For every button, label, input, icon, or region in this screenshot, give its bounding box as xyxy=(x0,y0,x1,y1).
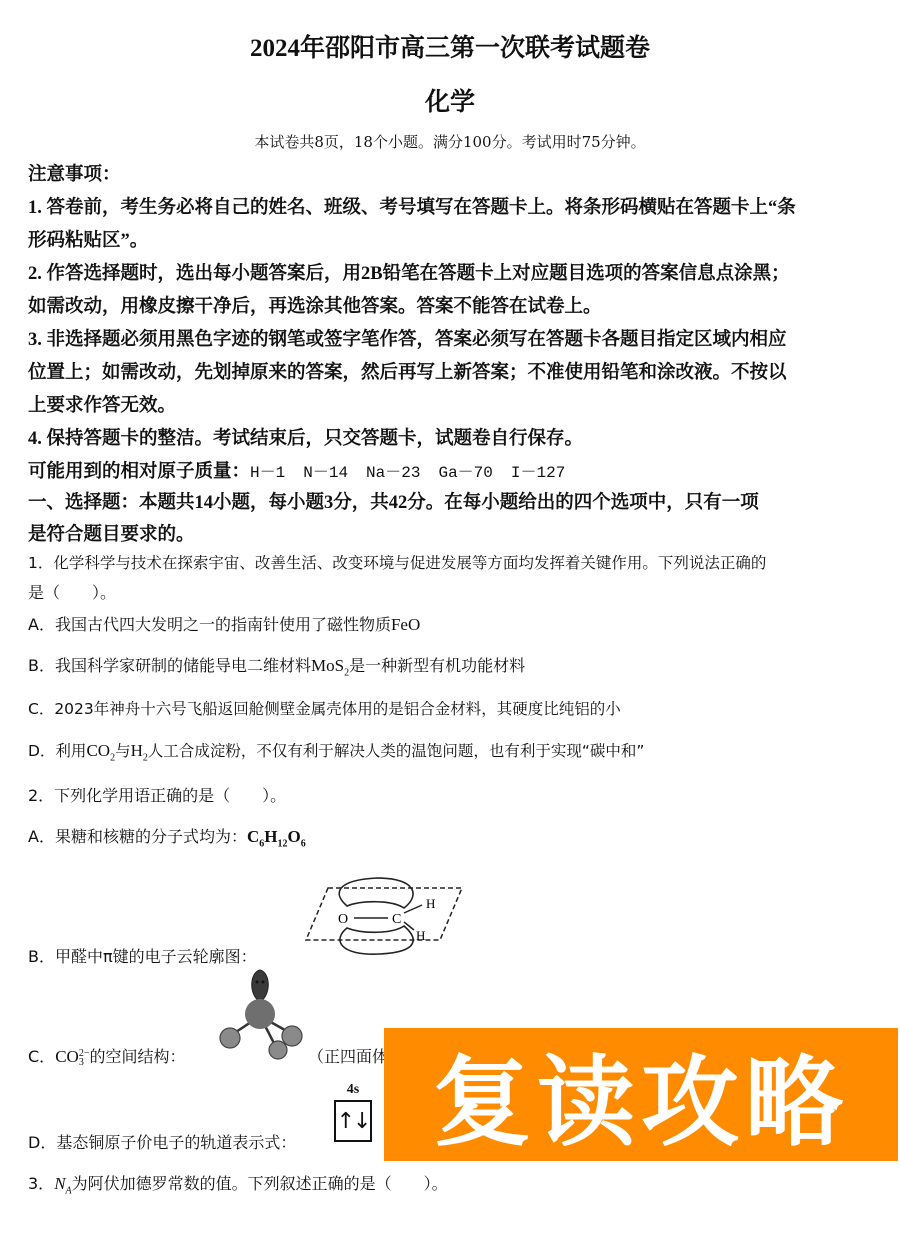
orbital-label: 4s xyxy=(334,1082,372,1098)
atomic-mass-item: I－127 xyxy=(511,464,565,482)
carbonate-structure-model xyxy=(210,966,310,1061)
q2-option-b: B．甲醛中π键的电子云轮廓图： xyxy=(28,944,257,967)
q1-stem-cont: 是（ ）。 xyxy=(28,580,116,603)
atomic-mass-item: Ga－70 xyxy=(438,464,492,482)
atomic-mass-item: Na－23 xyxy=(366,464,420,482)
orbital-box: ↑↓ xyxy=(334,1100,372,1142)
q3-stem: 3．NA为阿伏加德罗常数的值。下列叙述正确的是（ ）。 xyxy=(28,1171,448,1194)
watermark-text: 复读攻略 xyxy=(433,1024,849,1165)
orbital-diagram: 4s ↑↓ xyxy=(334,1082,372,1142)
q1-option-c: C．2023年神舟十六号飞船返回舱侧壁金属壳体用的是铝合金材料，其硬度比纯铝的小 xyxy=(28,697,621,719)
q1-option-a: A．我国古代四大发明之一的指南针使用了磁性物质FeO xyxy=(28,612,420,635)
q2-option-c-note: （正四面体 xyxy=(308,1044,388,1067)
notice-line: 4. 保持答题卡的整洁。考试结束后，只交答题卡，试题卷自行保存。 xyxy=(28,424,583,450)
q2-stem: 2．下列化学用语正确的是（ ）。 xyxy=(28,783,286,806)
notice-line: 上要求作答无效。 xyxy=(28,391,176,417)
notice-line: 2. 作答选择题时，选出每小题答案后，用2B铅笔在答题卡上对应题目选项的答案信息… xyxy=(28,259,790,285)
notice-line: 如需改动，用橡皮擦干净后，再选涂其他答案。答案不能答在试卷上。 xyxy=(28,292,602,318)
exam-meta: 本试卷共8页，18个小题。满分100分。考试用时75分钟。 xyxy=(0,131,900,152)
q2-option-a: A．果糖和核糖的分子式均为：C6H12O6 xyxy=(28,824,306,847)
atomic-mass-item: H－1 xyxy=(250,464,285,482)
notice-line: 形码粘贴区”。 xyxy=(28,226,148,252)
formaldehyde-pi-bond-diagram: O C H H xyxy=(292,868,472,958)
section-heading-cont: 是符合题目要求的。 xyxy=(28,520,195,546)
svg-text:H: H xyxy=(426,896,435,911)
svg-text:H: H xyxy=(416,928,425,943)
q1-option-b: B．我国科学家研制的储能导电二维材料MoS2是一种新型有机功能材料 xyxy=(28,653,525,676)
svg-text:O: O xyxy=(338,912,348,927)
watermark-banner: 复读攻略 xyxy=(384,1028,898,1161)
exam-title: 2024年邵阳市高三第一次联考试题卷 xyxy=(0,28,900,64)
atomic-mass-line: 可能用到的相对原子质量：H－1N－14Na－23Ga－70I－127 xyxy=(28,457,583,483)
notice-line: 3. 非选择题必须用黑色字迹的钢笔或签字笔作答，答案必须写在答题卡各题目指定区域… xyxy=(28,325,787,351)
q2-option-d: D．基态铜原子价电子的轨道表示式： xyxy=(28,1130,296,1153)
q1-stem: 1．化学科学与技术在探索宇宙、改善生活、改变环境与促进发展等方面均发挥着关键作用… xyxy=(28,551,766,573)
subject-title: 化学 xyxy=(0,82,900,118)
section-heading: 一、选择题：本题共14小题，每小题3分，共42分。在每小题给出的四个选项中，只有… xyxy=(28,488,759,514)
q2-option-c: C．CO2−3的空间结构： xyxy=(28,1044,185,1067)
notice-line: 位置上；如需改动，先划掉原来的答案，然后再写上新答案；不准使用铅笔和涂改液。不按… xyxy=(28,358,787,384)
notice-line: 1. 答卷前，考生务必将自己的姓名、班级、考号填写在答题卡上。将条形码横贴在答题… xyxy=(28,193,796,219)
q1-option-d: D．利用CO2与H2人工合成淀粉，不仅有利于解决人类的温饱问题，也有利于实现“碳… xyxy=(28,739,644,761)
svg-text:C: C xyxy=(392,912,401,927)
atomic-mass-label: 可能用到的相对原子质量： xyxy=(28,462,250,482)
atomic-mass-item: N－14 xyxy=(303,464,348,482)
notice-heading: 注意事项： xyxy=(28,160,121,186)
